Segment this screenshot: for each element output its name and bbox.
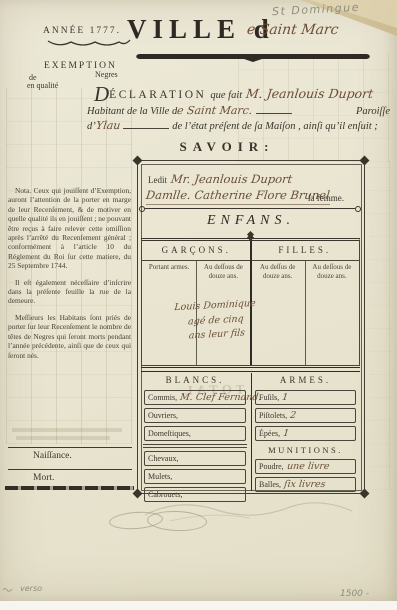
- paper-sheet: St Domingue verso 1500 - ANNÉE 1777. VIL…: [0, 0, 397, 601]
- row-pistolets: Piſtolets, 2: [255, 408, 356, 423]
- wife-line: Damlle. Catherine Flore Brunel: [146, 186, 330, 205]
- husband-name-handwritten: Mr. Jeanlouis Duport: [170, 172, 293, 186]
- blancs-armes-table: BLANCS. Commis, M. Clef Fernand. Ouvrier…: [141, 373, 360, 491]
- col-filles-moins-12: Au deſſous de douze ans.: [305, 263, 359, 280]
- rule: [8, 469, 132, 470]
- col-portant-armes: Portant armes.: [142, 263, 196, 272]
- nota-paragraph-1: Nota. Ceux qui jouiſſent d’Exemption, au…: [8, 186, 131, 271]
- declaration-line-2: Habitant de la Ville d e Saint Marc. Par…: [87, 104, 390, 117]
- corner-fleuron-icon: [360, 156, 370, 166]
- pistolets-count-handwritten: 2: [290, 410, 297, 421]
- year-flourish-icon: [45, 37, 133, 49]
- blancs-heading: BLANCS.: [141, 375, 249, 387]
- corner-fleuron-icon: [133, 156, 143, 166]
- savoir-heading: SAVOIR:: [137, 139, 317, 155]
- fill-in-rule: [123, 120, 169, 129]
- row-poudre: Poudre, une livre: [255, 459, 356, 474]
- declaration-line-1: DÉCLARATION que fait M. Jeanlouis Duport: [94, 85, 373, 103]
- group-divider: [143, 444, 247, 448]
- enfans-heading: ENFANS.: [138, 213, 364, 229]
- drop-cap: D: [94, 82, 109, 106]
- commis-value-handwritten: M. Clef Fernand.: [179, 392, 262, 403]
- enfans-table: GARÇONS. FILLES. Portant armes. Au deſſo…: [141, 238, 360, 366]
- col-filles-plus-12: Au deſſus de douze ans.: [251, 263, 305, 280]
- armes-heading: ARMES.: [252, 375, 359, 387]
- row-chevaux: Chevaux,: [144, 451, 246, 466]
- nota-paragraph-2: Il eſt également néceſſaire d’inſcrire d…: [8, 278, 131, 306]
- divider-ornament: [145, 208, 355, 209]
- wife-name-handwritten: Damlle. Catherine Flore Brunel: [145, 188, 331, 202]
- city-name-handwritten: e Saint Marc: [246, 22, 339, 38]
- city-handwritten: e Saint Marc.: [176, 104, 253, 117]
- garcons-header: GARÇONS.: [142, 241, 251, 260]
- year-label: ANNÉE 1777.: [43, 26, 121, 36]
- exemption-negres-label: Negres: [95, 70, 118, 79]
- row-mulets: Mulets,: [144, 469, 246, 484]
- sa-femme-label: ſa femme.: [308, 193, 344, 203]
- armes-column: ARMES. Fuſils, 1 Piſtolets, 2 Épées, 1 M…: [252, 373, 359, 492]
- title-rule-ornament: [134, 49, 372, 63]
- munitions-heading: MUNITIONS.: [252, 445, 359, 456]
- fill-in-rule: [256, 105, 292, 114]
- scanned-document-frame: St Domingue verso 1500 - ANNÉE 1777. VIL…: [0, 0, 397, 610]
- verso-show-through-edge: [364, 160, 392, 490]
- show-through-text-lines: [10, 425, 128, 443]
- poudre-value-handwritten: une livre: [286, 461, 330, 472]
- declaration-line-3: d’ Ylau de l’état préſent de ſa Maiſon ,…: [87, 119, 390, 132]
- paroisse-label: Paroiſſe: [356, 106, 390, 117]
- nota-paragraph-3: Meſſieurs les Habitans ſont priés de por…: [8, 313, 131, 360]
- balles-value-handwritten: ſix livres: [283, 479, 326, 490]
- row-commis: Commis, M. Clef Fernand.: [144, 390, 246, 405]
- parish-handwritten: Ylau: [95, 119, 121, 132]
- naissance-label: Naiſſance.: [33, 451, 72, 461]
- nota-sidebar: Nota. Ceux qui jouiſſent d’Exemption, au…: [8, 186, 131, 367]
- declarant-name-handwritten: M. Jeanlouis Duport: [245, 86, 374, 101]
- fusils-count-handwritten: 1: [282, 392, 289, 403]
- savoir-box: Ledit Mr. Jeanlouis Duport Damlle. Cathe…: [137, 160, 365, 494]
- row-cabrouets: Cabrouets,: [144, 487, 246, 502]
- col-garcons-moins-12: Au deſſous de douze ans.: [196, 263, 250, 280]
- mort-label: Mort.: [33, 473, 54, 483]
- corner-fleuron-icon: [360, 489, 370, 499]
- row-balles: Balles, ſix livres: [255, 477, 356, 492]
- row-ouvriers: Ouvriers,: [144, 408, 246, 423]
- child-entry-handwritten: Louis Dominique agé de cinq ans leur fil…: [169, 297, 263, 345]
- double-rule: [141, 367, 360, 372]
- row-epees: Épées, 1: [255, 426, 356, 441]
- row-fusils: Fuſils, 1: [255, 390, 356, 405]
- blancs-column: BLANCS. Commis, M. Clef Fernand. Ouvrier…: [141, 373, 249, 502]
- filles-header: FILLES.: [251, 241, 360, 260]
- exemption-qualite-label: en qualité: [27, 81, 58, 90]
- row-domestiques: Domeſtiques,: [144, 426, 246, 441]
- pencil-mark: [2, 586, 14, 594]
- heavy-rule: [5, 486, 134, 490]
- epees-count-handwritten: 1: [282, 428, 289, 439]
- rule: [8, 447, 132, 448]
- pencil-note-price: 1500 -: [340, 589, 369, 599]
- pencil-note-verso: verso: [20, 584, 42, 593]
